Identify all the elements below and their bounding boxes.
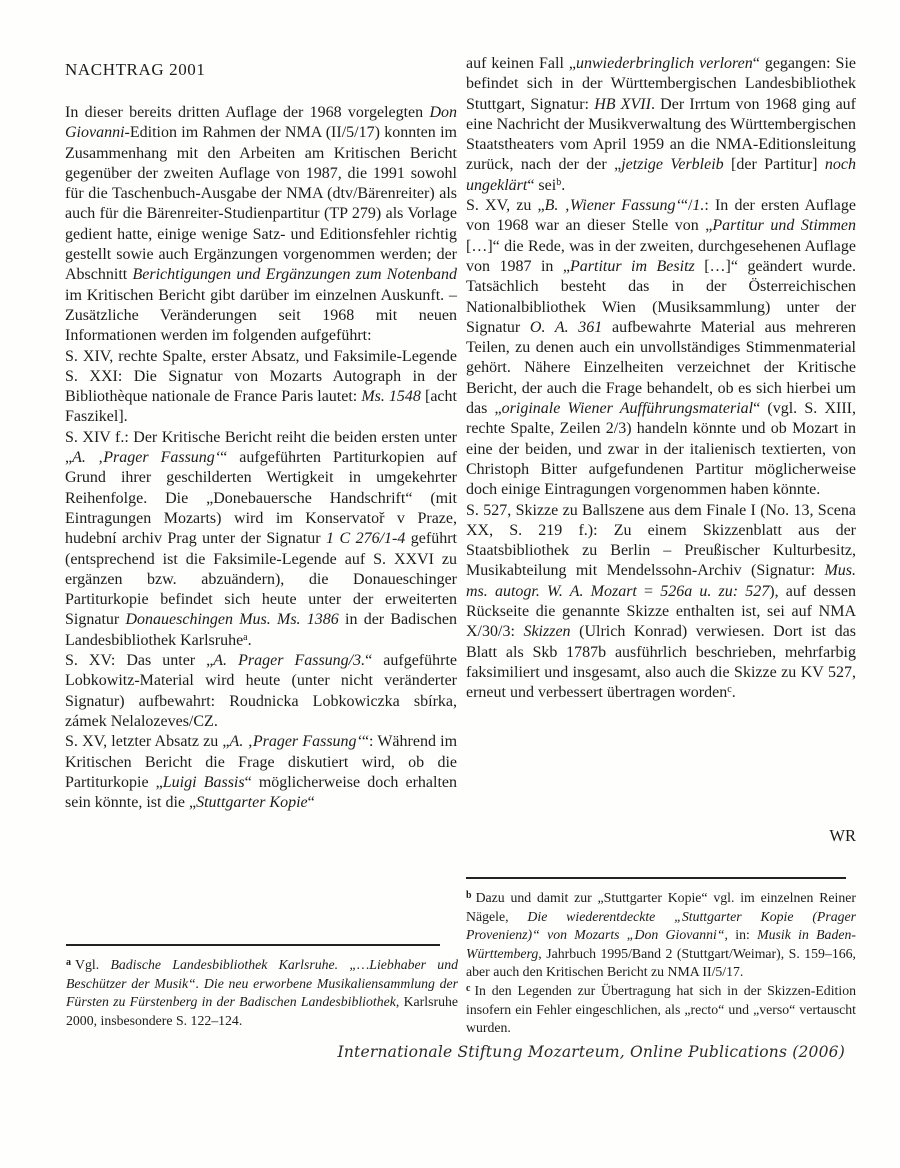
italic-text: B. ‚Wiener Fassung‘ bbox=[545, 197, 681, 214]
body-text: “ sei bbox=[527, 177, 556, 194]
italic-text: unwiederbringlich verloren bbox=[576, 55, 753, 72]
italic-text: A. ‚Prager Fassung‘ bbox=[230, 733, 362, 750]
footnote-marker: a bbox=[66, 957, 71, 968]
paragraph: S. XV, zu „B. ‚Wiener Fassung‘“/1.: In d… bbox=[466, 196, 856, 500]
left-footnotes: aVgl. Badische Landesbibliothek Karlsruh… bbox=[66, 956, 458, 1030]
left-text-column: In dieser bereits dritten Auflage der 19… bbox=[65, 103, 457, 941]
body-text: -Edition im Rahmen der NMA (II/5/17) kon… bbox=[65, 124, 457, 283]
paragraph: S. XV: Das unter „A. Prager Fassung/3.“ … bbox=[65, 651, 457, 732]
body-text: S. XV, letzter Absatz zu „ bbox=[65, 733, 230, 750]
footnote-reference: a bbox=[243, 632, 247, 643]
body-text: . bbox=[732, 684, 736, 701]
italic-text: O. A. 361 bbox=[530, 319, 602, 336]
italic-text: jetzige Verbleib bbox=[621, 156, 723, 173]
italic-text: Partitur und Stimmen bbox=[712, 217, 856, 234]
scanned-document-page: NACHTRAG 2001 In dieser bereits dritten … bbox=[0, 0, 900, 1168]
footnote-reference: b bbox=[556, 177, 561, 188]
italic-text: 1. bbox=[692, 197, 704, 214]
paragraph: S. XIV f.: Der Kritische Bericht reiht d… bbox=[65, 428, 457, 651]
body-text: auf keinen Fall „ bbox=[466, 55, 576, 72]
footnote: cIn den Legenden zur Übertragung hat sic… bbox=[466, 982, 856, 1038]
footnote-separator-rule bbox=[466, 877, 846, 879]
body-text: S. 527, Skizze zu Ballszene aus dem Fina… bbox=[466, 502, 856, 580]
body-text: “/ bbox=[681, 197, 693, 214]
italic-text: Skizzen bbox=[523, 623, 570, 640]
italic-text: A. ‚Prager Fassung‘ bbox=[72, 449, 220, 466]
body-text: , in: bbox=[725, 927, 758, 942]
italic-text: Partitur im Besitz bbox=[570, 258, 695, 275]
body-text: S. XV: Das unter „ bbox=[65, 652, 213, 669]
body-text: In dieser bereits dritten Auflage der 19… bbox=[65, 104, 429, 121]
body-text: im Kritischen Bericht gibt darüber im ei… bbox=[65, 287, 457, 345]
italic-text: 1 C 276/1-4 bbox=[326, 530, 405, 547]
right-footnote-block: bDazu und damit zur „Stuttgarter Kopie“ … bbox=[466, 877, 856, 1038]
italic-text: originale Wiener Aufführungsmaterial bbox=[502, 400, 753, 417]
body-text: . bbox=[561, 177, 565, 194]
paragraph: S. 527, Skizze zu Ballszene aus dem Fina… bbox=[466, 501, 856, 704]
italic-text: HB XVII bbox=[594, 96, 651, 113]
footnote-separator-rule bbox=[66, 944, 440, 946]
right-footnotes: bDazu und damit zur „Stuttgarter Kopie“ … bbox=[466, 889, 856, 1038]
italic-text: Donaueschingen Mus. Ms. 1386 bbox=[125, 611, 338, 628]
footnote-marker: c bbox=[466, 983, 470, 994]
paragraph: auf keinen Fall „unwiederbringlich verlo… bbox=[466, 54, 856, 196]
italic-text: Stuttgarter Kopie bbox=[196, 794, 308, 811]
paragraph: In dieser bereits dritten Auflage der 19… bbox=[65, 103, 457, 347]
italic-text: Berichtigungen und Ergänzungen zum Noten… bbox=[133, 266, 458, 283]
right-text-column: auf keinen Fall „unwiederbringlich verlo… bbox=[466, 54, 856, 874]
footnote: bDazu und damit zur „Stuttgarter Kopie“ … bbox=[466, 889, 856, 982]
body-text: Vgl. bbox=[75, 957, 110, 972]
footnote-marker: b bbox=[466, 890, 472, 901]
italic-text: Luigi Bassis bbox=[163, 774, 245, 791]
publication-credit-line: Internationale Stiftung Mozarteum, Onlin… bbox=[200, 1043, 845, 1061]
body-text: . bbox=[248, 632, 252, 649]
footnote-reference: c bbox=[727, 684, 731, 695]
italic-text: A. Prager Fassung/3. bbox=[213, 652, 365, 669]
footnote: aVgl. Badische Landesbibliothek Karlsruh… bbox=[66, 956, 458, 1030]
paragraph: S. XV, letzter Absatz zu „A. ‚Prager Fas… bbox=[65, 732, 457, 813]
body-text: [der Partitur] bbox=[724, 156, 825, 173]
italic-text: 526a u. zu: 527 bbox=[660, 583, 769, 600]
page-title: NACHTRAG 2001 bbox=[65, 60, 206, 80]
paragraph: S. XIV, rechte Spalte, erster Absatz, un… bbox=[65, 347, 457, 428]
left-footnote-block: aVgl. Badische Landesbibliothek Karlsruh… bbox=[66, 944, 458, 1030]
body-text: “ bbox=[308, 794, 315, 811]
body-text: = bbox=[637, 583, 660, 600]
body-text: S. XV, zu „ bbox=[466, 197, 545, 214]
author-initials: WR bbox=[466, 826, 856, 846]
body-text: In den Legenden zur Übertragung hat sich… bbox=[466, 983, 856, 1035]
italic-text: Ms. 1548 bbox=[361, 388, 421, 405]
